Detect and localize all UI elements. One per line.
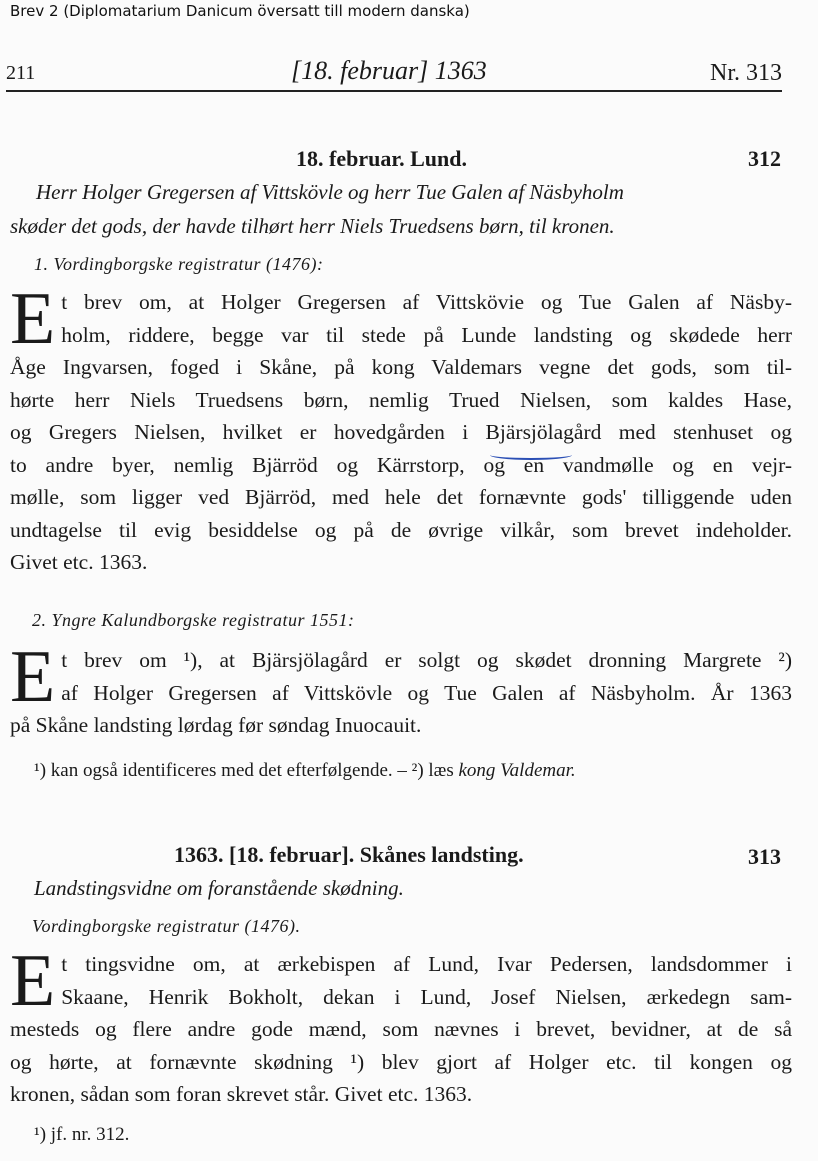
running-head: 211 [18. februar] 1363 Nr. 313 [6, 56, 782, 92]
doc-313-footnote: ¹) jf. nr. 312. [34, 1124, 129, 1146]
running-head-date: [18. februar] 1363 [291, 56, 487, 86]
text-line: af Holger Gregersen af Vittskövle og Tue… [10, 677, 792, 710]
text-line: mesteds og flere andre gode mænd, som næ… [10, 1013, 792, 1046]
image-caption: Brev 2 (Diplomatarium Danicum översatt t… [10, 2, 470, 20]
text-line: t brev om ¹), at Bjärsjölagård er solgt … [10, 644, 792, 677]
running-head-nr: Nr. 313 [710, 60, 782, 87]
doc-312-summary-line-2: skøder det gods, der havde tilhørt herr … [10, 214, 615, 239]
text-line: på Skåne landsting lørdag før søndag Inu… [10, 709, 792, 742]
doc-312-summary-line-1: Herr Holger Gregersen af Vittskövle og h… [36, 180, 624, 205]
doc-313-title: 1363. [18. februar]. Skånes landsting. [174, 842, 524, 868]
text-line: kronen, sådan som foran skrevet står. Gi… [10, 1078, 792, 1111]
handwritten-underline [490, 450, 572, 460]
doc-312-title: 18. februar. Lund. [296, 146, 467, 172]
footnote-text: ¹) kan også identificeres med det efterf… [34, 760, 459, 781]
text-line: holm, riddere, begge var til stede på Lu… [10, 319, 792, 352]
text-line: t tingsvidne om, at ærkebispen af Lund, … [10, 948, 792, 981]
doc-313-text: E t tingsvidne om, at ærkebispen af Lund… [10, 948, 792, 1111]
text-line: og Gregers Nielsen, hvilket er hovedgård… [10, 416, 792, 449]
doc-312-source-1: 1. Vordingborgske registratur (1476): [34, 254, 323, 275]
page-number: 211 [6, 62, 35, 85]
text-line: Åge Ingvarsen, foged i Skåne, på kong Va… [10, 351, 792, 384]
text-line: to andre byer, nemlig Bjärröd og Kärrsto… [10, 449, 792, 482]
footnote-italic: kong Valdemar. [459, 760, 576, 781]
doc-312-footnotes: ¹) kan også identificeres med det efterf… [34, 760, 576, 782]
text-line: hørte herr Niels Truedsens børn, nemlig … [10, 384, 792, 417]
doc-312-text-1: E t brev om, at Holger Gregersen af Vitt… [10, 286, 792, 579]
text-line: t brev om, at Holger Gregersen af Vittsk… [10, 286, 792, 319]
doc-312-text-2: E t brev om ¹), at Bjärsjölagård er solg… [10, 644, 792, 742]
drop-cap: E [10, 290, 55, 348]
drop-cap: E [10, 952, 55, 1010]
text-line: Skaane, Henrik Bokholt, dekan i Lund, Jo… [10, 981, 792, 1014]
doc-313-number: 313 [748, 844, 781, 870]
text-line: mølle, som ligger ved Bjärröd, med hele … [10, 481, 792, 514]
text-line: Givet etc. 1363. [10, 546, 792, 579]
doc-313-summary: Landstingsvidne om foranstående skødning… [34, 876, 404, 901]
text-line: og hørte, at fornævnte skødning ¹) blev … [10, 1046, 792, 1079]
drop-cap: E [10, 648, 55, 706]
text-line: undtagelse til evig besiddelse og på de … [10, 514, 792, 547]
doc-313-source: Vordingborgske registratur (1476). [32, 916, 301, 937]
doc-312-source-2: 2. Yngre Kalundborgske registratur 1551: [32, 610, 355, 631]
doc-312-number: 312 [748, 146, 781, 172]
